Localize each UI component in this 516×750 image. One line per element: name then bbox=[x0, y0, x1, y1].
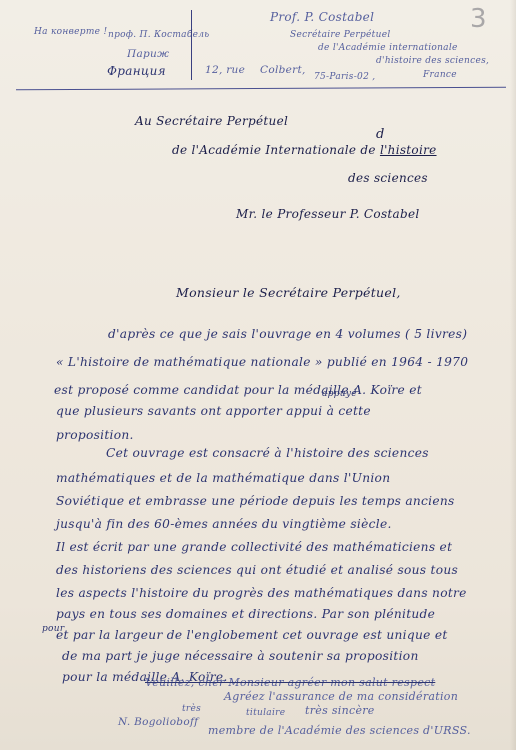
sender-street-prefix: 12, rue bbox=[205, 64, 245, 76]
envelope-recipient: проф. П. Костабель bbox=[108, 30, 210, 40]
address-line-4: Mr. le Professeur P. Costabel bbox=[236, 207, 420, 221]
address-insert-d: d bbox=[376, 127, 385, 142]
sender-city: 75-Paris-02 , bbox=[314, 72, 375, 82]
sender-country: France bbox=[423, 70, 457, 80]
body-line-15: de ma part je juge nécessaire à soutenir… bbox=[62, 649, 419, 663]
insert-appuye: appuyé bbox=[322, 389, 357, 399]
address-line-1: Au Secrétaire Perpétuel bbox=[135, 114, 288, 128]
sender-name: Prof. P. Costabel bbox=[270, 10, 374, 24]
body-line-1: d'après ce que je sais l'ouvrage en 4 vo… bbox=[108, 327, 467, 341]
address-line-2a: de l'Académie Internationale de bbox=[172, 143, 376, 157]
letter-page: 3 На конверте ! проф. П. Костабель Париж… bbox=[0, 0, 516, 750]
address-line-3: des sciences bbox=[348, 171, 428, 185]
body-line-13: pays en tous ses domaines et directions.… bbox=[56, 607, 435, 621]
envelope-country: Франция bbox=[107, 64, 166, 78]
body-line-2: « L'histoire de mathématique nationale »… bbox=[56, 355, 468, 369]
body-line-3: est proposé comme candidat pour la médai… bbox=[54, 383, 422, 397]
signature-insert-titulaire: titulaire bbox=[246, 708, 285, 718]
signature-title: membre de l'Académie des sciences d'URSS… bbox=[208, 724, 471, 737]
body-line-12: les aspects l'histoire du progrès des ma… bbox=[56, 586, 467, 600]
closing-line-1: Agréez l'assurance de ma considération bbox=[224, 690, 458, 703]
body-line-10: Il est écrit par une grande collectivité… bbox=[56, 540, 452, 554]
salutation: Monsieur le Secrétaire Perpétuel, bbox=[176, 285, 401, 300]
sender-street: Colbert, bbox=[260, 64, 306, 76]
address-line-2b: l'histoire bbox=[380, 143, 437, 157]
envelope-note-label: На конверте ! bbox=[34, 27, 107, 37]
sender-title-3: d'histoire des sciences, bbox=[376, 56, 489, 66]
signature-name: N. Bogolioboff bbox=[118, 716, 198, 728]
sender-title-2: de l'Académie internationale bbox=[318, 43, 458, 53]
address-line-2: de l'Académie Internationale de d l'hist… bbox=[172, 143, 437, 157]
body-line-6: Cet ouvrage est consacré à l'histoire de… bbox=[106, 446, 429, 460]
body-line-14: et par la largeur de l'englobement cet o… bbox=[56, 628, 448, 642]
header-divider bbox=[191, 10, 192, 80]
body-line-8: Soviétique et embrasse une période depui… bbox=[56, 494, 455, 508]
closing-line-2: très sincère bbox=[305, 704, 375, 717]
envelope-city: Париж bbox=[127, 48, 169, 60]
body-line-5: proposition. bbox=[56, 428, 134, 442]
body-line-4: que plusieurs savants ont apporter appui… bbox=[56, 404, 371, 418]
body-line-9: jusqu'à fin des 60-èmes années du vingti… bbox=[56, 517, 392, 531]
margin-insert-pour: pour bbox=[42, 624, 64, 634]
body-line-11: des historiens des sciences qui ont étud… bbox=[56, 563, 458, 577]
closing-insert-tres: très bbox=[182, 704, 201, 714]
closing-crossed-out: Veuillez, cher Monsieur agréer mon salut… bbox=[145, 676, 435, 689]
page-number: 3 bbox=[470, 4, 487, 34]
header-rule bbox=[16, 87, 506, 91]
sender-title-1: Secrétaire Perpétuel bbox=[290, 30, 391, 40]
body-line-7: mathématiques et de la mathématique dans… bbox=[56, 471, 390, 485]
